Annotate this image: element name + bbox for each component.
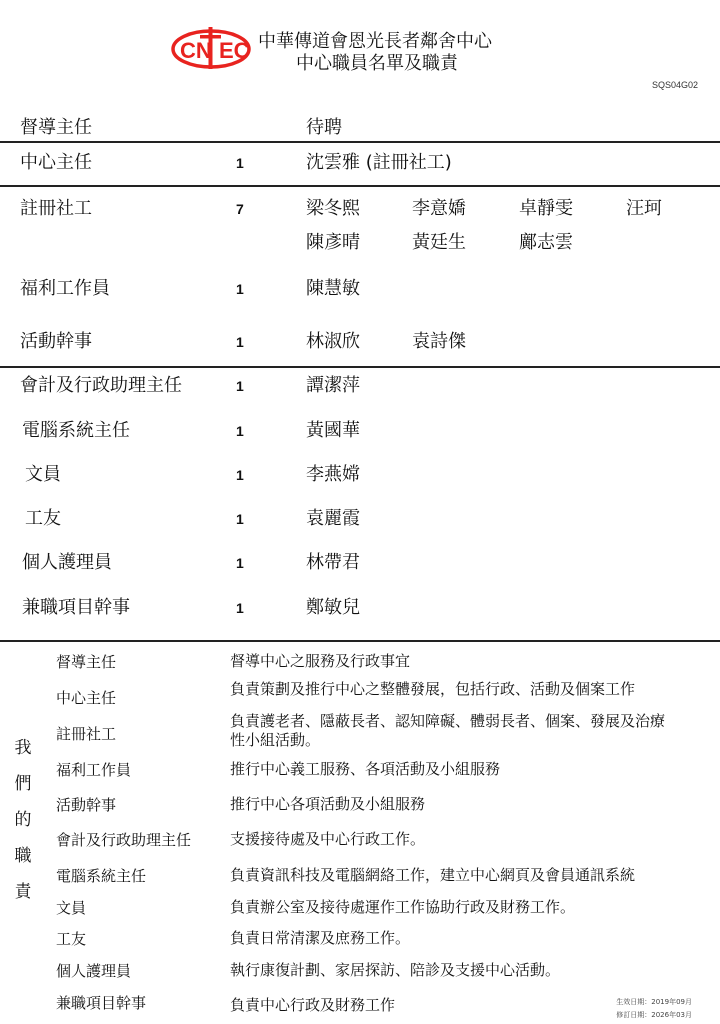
role-label: 工友 — [25, 507, 61, 531]
staff-name: 梁冬熙 — [306, 197, 360, 221]
divider — [0, 185, 720, 187]
role-label: 電腦系統主任 — [22, 419, 130, 443]
footer-dates: 生效日期：2019年09月 修訂日期：2026年03月 — [616, 996, 692, 1022]
staff-name: 袁麗霞 — [306, 507, 360, 531]
duty-description: 負責護老者、隱蔽長者、認知障礙、體弱長者、個案、發展及治療性小組活動。 — [230, 712, 675, 750]
divider — [0, 640, 720, 642]
staff-name: 汪珂 — [626, 197, 662, 221]
staff-name: 鄺志雲 — [519, 231, 573, 255]
staff-row-computer-officer: 電腦系統主任 1 黃國華 — [0, 419, 720, 449]
duty-description: 推行中心各項活動及小組服務 — [230, 795, 690, 814]
document-title: 中心職員名單及職責 — [258, 54, 496, 74]
duties-heading-char: 責 — [12, 874, 34, 910]
headcount: 7 — [236, 197, 244, 221]
staff-name: 黃國華 — [306, 419, 360, 443]
staff-name: 陳彥晴 — [306, 231, 360, 255]
revised-date: 修訂日期：2026年03月 — [616, 1009, 692, 1022]
staff-row-social-workers: 註冊社工 7 梁冬熙 李意嬌 卓靜雯 汪珂 — [0, 197, 720, 227]
duty-description: 負責日常清潔及庶務工作。 — [230, 929, 690, 948]
staff-name: 李意嬌 — [412, 197, 466, 221]
duties-heading: 我 們 的 職 責 — [12, 730, 34, 910]
cnec-logo-icon: CN EC — [170, 26, 252, 70]
staff-name: 鄭敏兒 — [306, 596, 360, 620]
duty-description: 負責辦公室及接待處運作工作協助行政及財務工作。 — [230, 898, 690, 917]
role-label: 文員 — [25, 463, 61, 487]
divider — [0, 366, 720, 368]
headcount: 1 — [236, 374, 244, 398]
duties-heading-char: 們 — [12, 766, 34, 802]
staff-name: 沈雲雅 (註冊社工) — [306, 151, 452, 175]
headcount: 1 — [236, 507, 244, 531]
effective-date: 生效日期：2019年09月 — [616, 996, 692, 1009]
staff-name: 林淑欣 — [306, 330, 360, 354]
duties-heading-char: 的 — [12, 802, 34, 838]
staff-name: 黃廷生 — [412, 231, 466, 255]
svg-text:CN: CN — [180, 38, 212, 63]
duty-role: 兼職項目幹事 — [56, 993, 146, 1013]
duty-role: 督導主任 — [56, 652, 116, 672]
duties-heading-char: 職 — [12, 838, 34, 874]
staff-name: 陳慧敏 — [306, 277, 360, 301]
headcount: 1 — [236, 596, 244, 620]
duty-description: 負責資訊科技及電腦網絡工作，建立中心網頁及會員通訊系統 — [230, 866, 690, 885]
headcount: 1 — [236, 330, 244, 354]
staff-row-clerk: 文員 1 李燕嫦 — [0, 463, 720, 493]
staff-row-personal-care-worker: 個人護理員 1 林帶君 — [0, 551, 720, 581]
duty-role: 工友 — [56, 929, 86, 949]
duty-role: 文員 — [56, 898, 86, 918]
staff-name: 待聘 — [306, 116, 342, 140]
staff-name: 譚潔萍 — [306, 374, 360, 398]
role-label: 督導主任 — [20, 116, 92, 140]
duty-role: 活動幹事 — [56, 795, 116, 815]
headcount: 1 — [236, 551, 244, 575]
duty-description: 推行中心義工服務、各項活動及小組服務 — [230, 760, 690, 779]
role-label: 註冊社工 — [20, 197, 92, 221]
svg-text:EC: EC — [219, 38, 250, 63]
staff-row-part-time-project-worker: 兼職項目幹事 1 鄭敏兒 — [0, 596, 720, 626]
duty-role: 會計及行政助理主任 — [56, 830, 191, 850]
cnec-logo: CN EC — [170, 26, 252, 70]
headcount: 1 — [236, 151, 244, 175]
role-label: 福利工作員 — [20, 277, 110, 301]
role-label: 個人護理員 — [22, 551, 112, 575]
role-label: 兼職項目幹事 — [22, 596, 130, 620]
headcount: 1 — [236, 419, 244, 443]
staff-name: 袁詩傑 — [412, 330, 466, 354]
duties-heading-char: 我 — [12, 730, 34, 766]
duty-role: 註冊社工 — [56, 724, 116, 744]
staff-row-workman: 工友 1 袁麗霞 — [0, 507, 720, 537]
staff-row-centre-manager: 中心主任 1 沈雲雅 (註冊社工) — [0, 151, 720, 181]
duty-description: 負責策劃及推行中心之整體發展，包括行政、活動及個案工作 — [230, 680, 690, 699]
headcount: 1 — [236, 463, 244, 487]
role-label: 活動幹事 — [20, 330, 92, 354]
staff-name: 卓靜雯 — [519, 197, 573, 221]
duty-role: 電腦系統主任 — [56, 866, 146, 886]
staff-row-social-workers-cont: 陳彥晴 黃廷生 鄺志雲 — [0, 231, 720, 261]
staff-row-programme-worker: 活動幹事 1 林淑欣 袁詩傑 — [0, 330, 720, 360]
staff-row-accounting-admin: 會計及行政助理主任 1 譚潔萍 — [0, 374, 720, 404]
role-label: 會計及行政助理主任 — [20, 374, 182, 398]
divider — [0, 141, 720, 143]
duty-description: 督導中心之服務及行政事宜 — [230, 652, 690, 671]
duty-role: 福利工作員 — [56, 760, 131, 780]
staff-row-welfare-worker: 福利工作員 1 陳慧敏 — [0, 277, 720, 307]
document-code: SQS04G02 — [652, 80, 698, 90]
staff-name: 林帶君 — [306, 551, 360, 575]
headcount: 1 — [236, 277, 244, 301]
org-name: 中華傳道會恩光長者鄰舍中心 — [258, 32, 492, 52]
duty-role: 中心主任 — [56, 688, 116, 708]
staff-name: 李燕嫦 — [306, 463, 360, 487]
role-label: 中心主任 — [20, 151, 92, 175]
duty-description: 執行康復計劃、家居探訪、陪診及支援中心活動。 — [230, 961, 690, 980]
duty-role: 個人護理員 — [56, 961, 131, 981]
duty-description: 支援接待處及中心行政工作。 — [230, 830, 690, 849]
